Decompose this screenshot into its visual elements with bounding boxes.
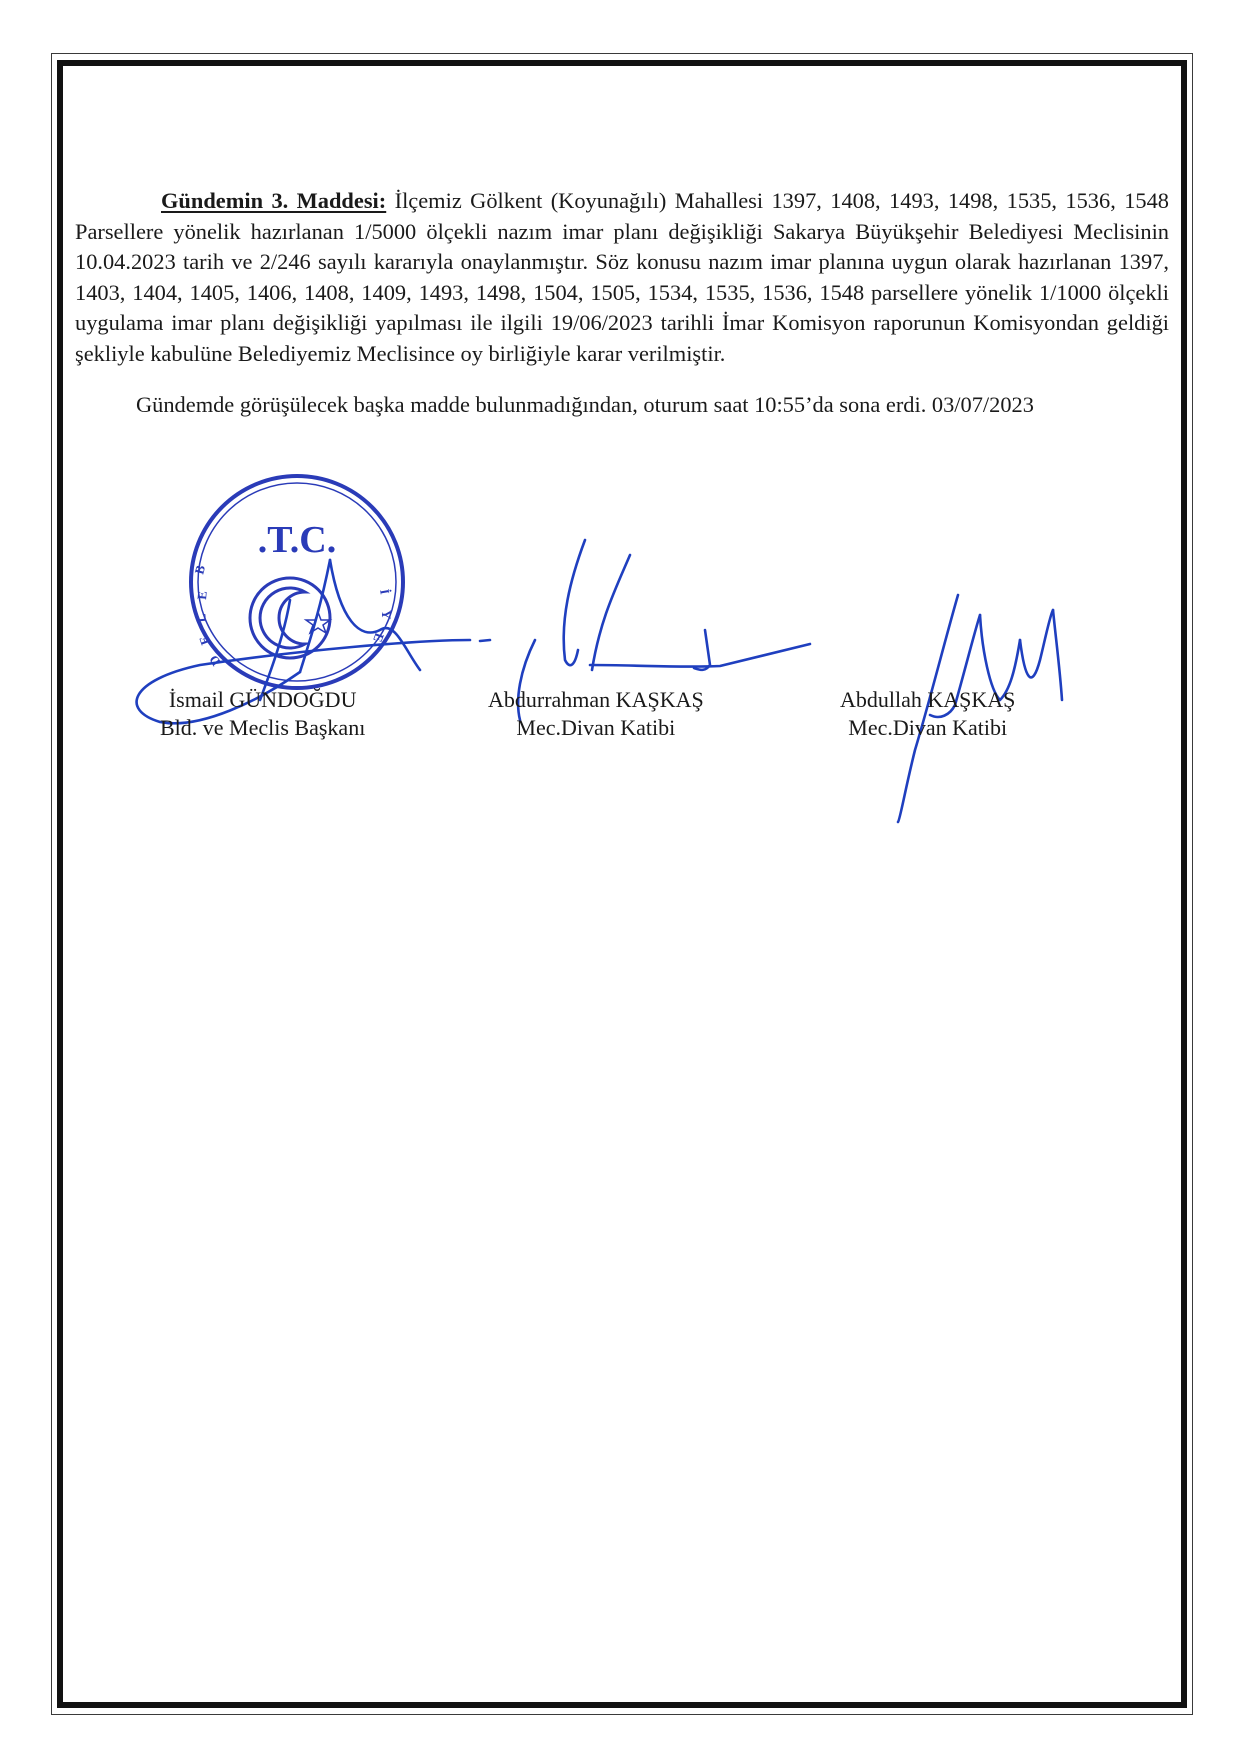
signatory-name: Abdurrahman KAŞKAŞ [488,686,704,714]
agenda-item-paragraph: Gündemin 3. Maddesi: İlçemiz Gölkent (Ko… [75,186,1169,370]
agenda-item-text: İlçemiz Gölkent (Koyunağılı) Mahallesi 1… [75,188,1169,366]
closing-statement: Gündemde görüşülecek başka madde bulunma… [75,390,1169,421]
signatory-clerk-1: Abdurrahman KAŞKAŞ Mec.Divan Katibi [488,686,704,742]
signatory-title: Mec.Divan Katibi [488,714,704,742]
document-body: Gündemin 3. Maddesi: İlçemiz Gölkent (Ko… [75,186,1169,420]
signatory-clerk-2: Abdullah KAŞKAŞ Mec.Divan Katibi [840,686,1015,742]
signatory-title: Bld. ve Meclis Başkanı [160,714,365,742]
signatory-mayor: İsmail GÜNDOĞDU Bld. ve Meclis Başkanı [160,686,365,742]
signatory-name: İsmail GÜNDOĞDU [160,686,365,714]
signatory-name: Abdullah KAŞKAŞ [840,686,1015,714]
agenda-item-heading: Gündemin 3. Maddesi: [161,188,386,213]
signatory-title: Mec.Divan Katibi [840,714,1015,742]
